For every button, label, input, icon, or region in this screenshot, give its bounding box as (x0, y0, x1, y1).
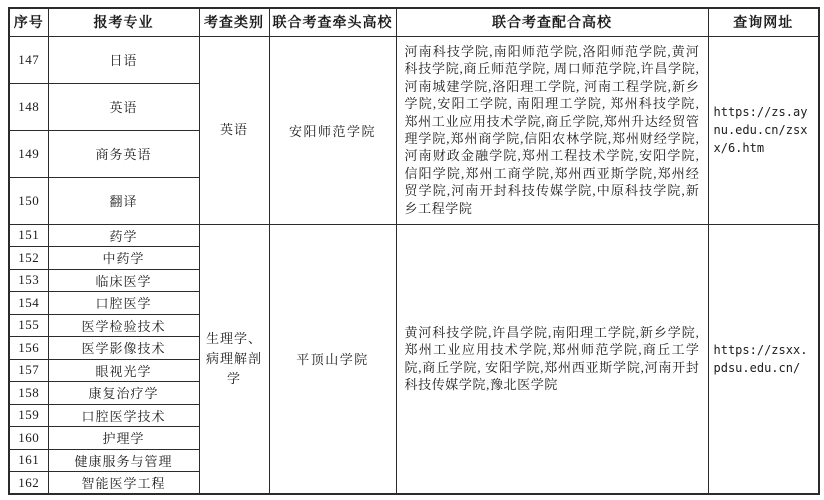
major-name: 临床医学 (48, 269, 199, 292)
serial-number: 160 (9, 427, 48, 450)
serial-number: 150 (9, 177, 48, 224)
header-serial-number: 序号 (9, 8, 48, 36)
serial-number: 151 (9, 224, 48, 247)
major-name: 英语 (48, 83, 199, 130)
major-name: 健康服务与管理 (48, 449, 199, 472)
serial-number: 154 (9, 292, 48, 315)
serial-number: 155 (9, 314, 48, 337)
partner-universities-cell: 河南科技学院,南阳师范学院,洛阳师范学院,黄河科技学院,商丘师范学院, 周口师范… (396, 36, 708, 224)
serial-number: 158 (9, 382, 48, 405)
serial-number: 153 (9, 269, 48, 292)
header-partner-universities: 联合考查配合高校 (396, 8, 708, 36)
serial-number: 156 (9, 337, 48, 360)
major-name: 康复治疗学 (48, 382, 199, 405)
serial-number: 148 (9, 83, 48, 130)
major-name: 中药学 (48, 247, 199, 270)
header-applied-major: 报考专业 (48, 8, 199, 36)
partner-universities-cell: 黄河科技学院,许昌学院,南阳理工学院,新乡学院,郑州工业应用技术学院,郑州师范学… (396, 224, 708, 494)
major-name: 商务英语 (48, 130, 199, 177)
major-name: 药学 (48, 224, 199, 247)
major-name: 护理学 (48, 427, 199, 450)
serial-number: 149 (9, 130, 48, 177)
serial-number: 152 (9, 247, 48, 270)
major-name: 医学检验技术 (48, 314, 199, 337)
major-name: 医学影像技术 (48, 337, 199, 360)
serial-number: 159 (9, 404, 48, 427)
query-url-cell: https://zs.aynu.edu.cn/zsxx/6.htm (708, 36, 819, 224)
major-name: 日语 (48, 36, 199, 83)
major-name: 口腔医学技术 (48, 404, 199, 427)
serial-number: 161 (9, 449, 48, 472)
major-name: 翻译 (48, 177, 199, 224)
table-row: 151 药学 生理学、病理解剖学 平顶山学院 黄河科技学院,许昌学院,南阳理工学… (9, 224, 819, 247)
lead-university-cell: 平顶山学院 (269, 224, 396, 494)
serial-number: 162 (9, 472, 48, 495)
exam-category-cell: 生理学、病理解剖学 (199, 224, 269, 494)
header-query-url: 查询网址 (708, 8, 819, 36)
serial-number: 147 (9, 36, 48, 83)
major-name: 眼视光学 (48, 359, 199, 382)
table-row: 147 日语 英语 安阳师范学院 河南科技学院,南阳师范学院,洛阳师范学院,黄河… (9, 36, 819, 83)
query-url-cell: https://zsxx.pdsu.edu.cn/ (708, 224, 819, 494)
exam-category-cell: 英语 (199, 36, 269, 224)
header-lead-university: 联合考查牵头高校 (269, 8, 396, 36)
exam-majors-table: 序号 报考专业 考查类别 联合考查牵头高校 联合考查配合高校 查询网址 147 … (8, 7, 820, 495)
serial-number: 157 (9, 359, 48, 382)
header-row: 序号 报考专业 考查类别 联合考查牵头高校 联合考查配合高校 查询网址 (9, 8, 819, 36)
major-name: 智能医学工程 (48, 472, 199, 495)
major-name: 口腔医学 (48, 292, 199, 315)
lead-university-cell: 安阳师范学院 (269, 36, 396, 224)
header-exam-category: 考查类别 (199, 8, 269, 36)
